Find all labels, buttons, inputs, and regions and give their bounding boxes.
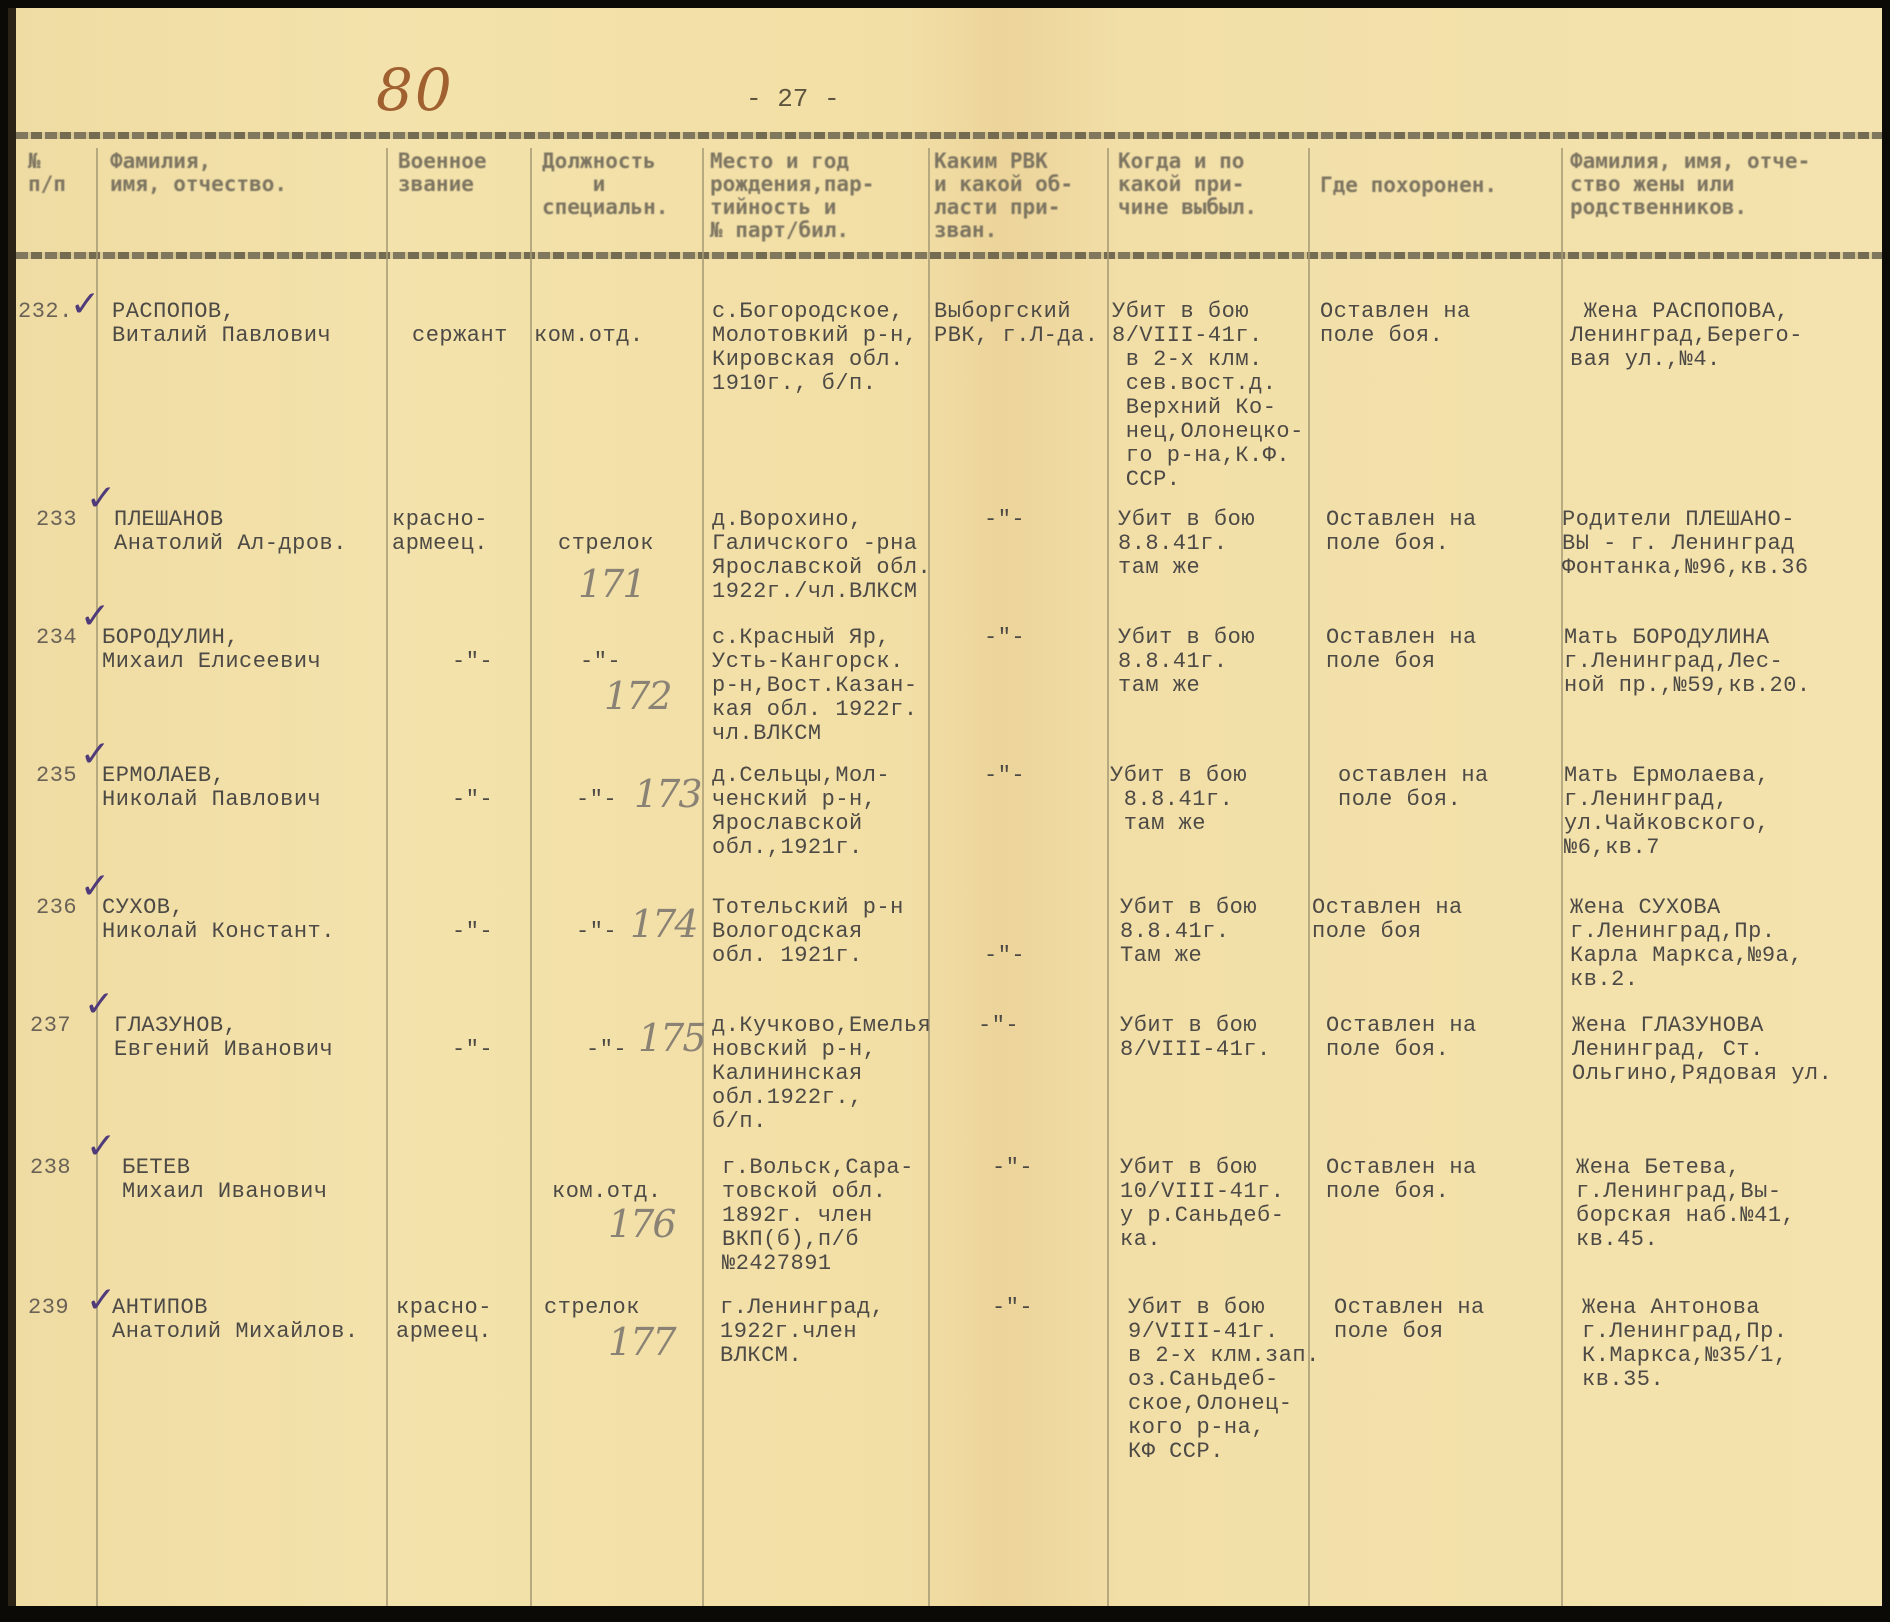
header-rvk: Каким РВК и какой об- ласти при- зван. — [934, 150, 1073, 242]
header-number: № п/п — [28, 150, 66, 196]
full-name: СУХОВ, Николай Констант. — [102, 896, 335, 944]
death-info: Убит в бою 8.8.41г. Там же — [1120, 896, 1257, 968]
burial-place: оставлен на поле боя. — [1338, 764, 1489, 812]
relatives: Жена СУХОВА г.Ленинград,Пр. Карла Маркса… — [1570, 896, 1803, 992]
row-number: 235 — [36, 764, 77, 788]
handwritten-note: 171 — [578, 562, 645, 606]
header-rank: Военное звание — [398, 150, 487, 196]
handwritten-note: 177 — [608, 1320, 675, 1364]
death-info: Убит в бою 8.8.41г. там же — [1110, 764, 1247, 836]
relatives: Жена РАСПОПОВА, Ленинград,Берего- вая ул… — [1570, 300, 1803, 372]
relatives: Жена ГЛАЗУНОВА Ленинград, Ст. Ольгино,Ря… — [1572, 1014, 1832, 1086]
burial-place: Оставлен на поле боя. — [1326, 1156, 1477, 1204]
rank: сержант — [412, 324, 508, 348]
relatives: Жена Бетева, г.Ленинград,Вы- борская наб… — [1576, 1156, 1795, 1252]
death-info: Убит в бою 8.8.41г. там же — [1118, 626, 1255, 698]
relatives: Жена Антонова г.Ленинград,Пр. К.Маркса,№… — [1582, 1296, 1788, 1392]
full-name: БОРОДУЛИН, Михаил Елисеевич — [102, 626, 321, 674]
burial-place: Оставлен на поле боя — [1312, 896, 1463, 944]
position: -"- — [576, 920, 617, 944]
handwritten-note: 173 — [634, 772, 701, 816]
checkmark-icon: ✓ — [86, 1126, 116, 1167]
position: ком.отд. — [552, 1180, 662, 1204]
handwritten-note: 174 — [630, 902, 697, 946]
death-info: Убит в бою 8/VIII-41г. — [1120, 1014, 1271, 1062]
position: -"- — [586, 1038, 627, 1062]
rvk: -"- — [984, 764, 1025, 788]
row-number: 237 — [30, 1014, 71, 1038]
relatives: Мать БОРОДУЛИНА г.Ленинград,Лес- ной пр.… — [1564, 626, 1811, 698]
birth-info: д.Кучково,Емелья новский р-н, Калининска… — [712, 1014, 931, 1134]
row-number: 232. — [18, 300, 73, 324]
rvk: -"- — [984, 626, 1025, 650]
column-divider — [530, 148, 532, 1606]
header-birth: Место и год рождения,пар- тийность и № п… — [710, 150, 874, 242]
column-divider — [1107, 148, 1109, 1606]
rvk: Выборгский РВК, г.Л-да. — [934, 300, 1098, 348]
row-number: 238 — [30, 1156, 71, 1180]
page-number: - 27 - — [746, 84, 840, 114]
birth-info: г.Вольск,Сара- товской обл. 1892г. член … — [722, 1156, 914, 1276]
header-death: Когда и по какой при- чине выбыл. — [1118, 150, 1257, 219]
rank: красно- армеец. — [396, 1296, 492, 1344]
header-position: Должность и специальн. — [542, 150, 668, 219]
position: ком.отд. — [534, 324, 644, 348]
header-top-rule — [16, 132, 1882, 139]
rvk: -"- — [984, 508, 1025, 532]
death-info: Убит в бою 10/VIII-41г. у р.Саньдеб- ка. — [1120, 1156, 1284, 1252]
full-name: ПЛЕШАНОВ Анатолий Ал-дров. — [114, 508, 347, 556]
relatives: Мать Ермолаева, г.Ленинград, ул.Чайковск… — [1564, 764, 1770, 860]
rank: -"- — [452, 788, 493, 812]
position: -"- — [580, 650, 621, 674]
relatives: Родители ПЛЕШАНО- ВЫ - г. Ленинград Фонт… — [1562, 508, 1809, 580]
birth-info: Тотельский р-н Вологодская обл. 1921г. — [712, 896, 904, 968]
column-divider — [1561, 148, 1563, 1606]
rvk: -"- — [992, 1296, 1033, 1320]
page-edge — [8, 8, 16, 1606]
death-info: Убит в бою 8/VIII-41г. в 2-х клм. сев.во… — [1112, 300, 1304, 492]
handwritten-note: 176 — [608, 1202, 675, 1246]
checkmark-icon: ✓ — [70, 284, 100, 325]
rank: красно- армеец. — [392, 508, 488, 556]
row-number: 236 — [36, 896, 77, 920]
rvk: -"- — [978, 1014, 1019, 1038]
header-burial: Где похоронен. — [1320, 174, 1497, 197]
rvk: -"- — [984, 896, 1025, 968]
rvk: -"- — [992, 1156, 1033, 1180]
birth-info: с.Красный Яр, Усть-Кангорск. р-н,Вост.Ка… — [712, 626, 918, 746]
position: стрелок — [544, 1296, 640, 1320]
header-bottom-rule — [16, 252, 1882, 259]
handwritten-note: 175 — [638, 1016, 705, 1060]
full-name: ЕРМОЛАЕВ, Николай Павлович — [102, 764, 321, 812]
column-divider — [386, 148, 388, 1606]
column-divider — [702, 148, 704, 1606]
column-divider — [928, 148, 930, 1606]
burial-place: Оставлен на поле боя. — [1326, 508, 1477, 556]
burial-place: Оставлен на поле боя. — [1326, 1014, 1477, 1062]
row-number: 234 — [36, 626, 77, 650]
full-name: ГЛАЗУНОВ, Евгений Иванович — [114, 1014, 333, 1062]
birth-info: с.Богородское, Молотовкий р-н, Кировская… — [712, 300, 918, 396]
checkmark-icon: ✓ — [84, 984, 114, 1025]
birth-info: г.Ленинград, 1922г.член ВЛКСМ. — [720, 1296, 884, 1368]
burial-place: Оставлен на поле боя — [1326, 626, 1477, 674]
archive-document-page: 80 - 27 - № п/п Фамилия, имя, отчество. … — [8, 8, 1882, 1606]
rank: -"- — [452, 920, 493, 944]
burial-place: Оставлен на поле боя. — [1320, 300, 1471, 348]
row-number: 239 — [28, 1296, 69, 1320]
folio-number-handwritten: 80 — [376, 56, 454, 124]
full-name: РАСПОПОВ, Виталий Павлович — [112, 300, 331, 348]
death-info: Убит в бою 9/VIII-41г. в 2-х клм.зап. оз… — [1128, 1296, 1320, 1464]
row-number: 233 — [36, 508, 77, 532]
rank: -"- — [452, 1038, 493, 1062]
handwritten-note: 172 — [604, 674, 671, 718]
burial-place: Оставлен на поле боя — [1334, 1296, 1485, 1344]
death-info: Убит в бою 8.8.41г. там же — [1118, 508, 1255, 580]
header-relatives: Фамилия, имя, отче- ство жены или родств… — [1570, 150, 1810, 219]
birth-info: д.Сельцы,Мол- ченский р-н, Ярославской о… — [712, 764, 890, 860]
position: -"- — [576, 788, 617, 812]
position: стрелок — [558, 532, 654, 556]
birth-info: д.Ворохино, Галичского -рна Ярославской … — [712, 508, 931, 604]
full-name: БЕТЕВ Михаил Иванович — [122, 1156, 328, 1204]
full-name: АНТИПОВ Анатолий Михайлов. — [112, 1296, 359, 1344]
header-full-name: Фамилия, имя, отчество. — [110, 150, 287, 196]
checkmark-icon: ✓ — [86, 478, 116, 519]
rank: -"- — [452, 650, 493, 674]
